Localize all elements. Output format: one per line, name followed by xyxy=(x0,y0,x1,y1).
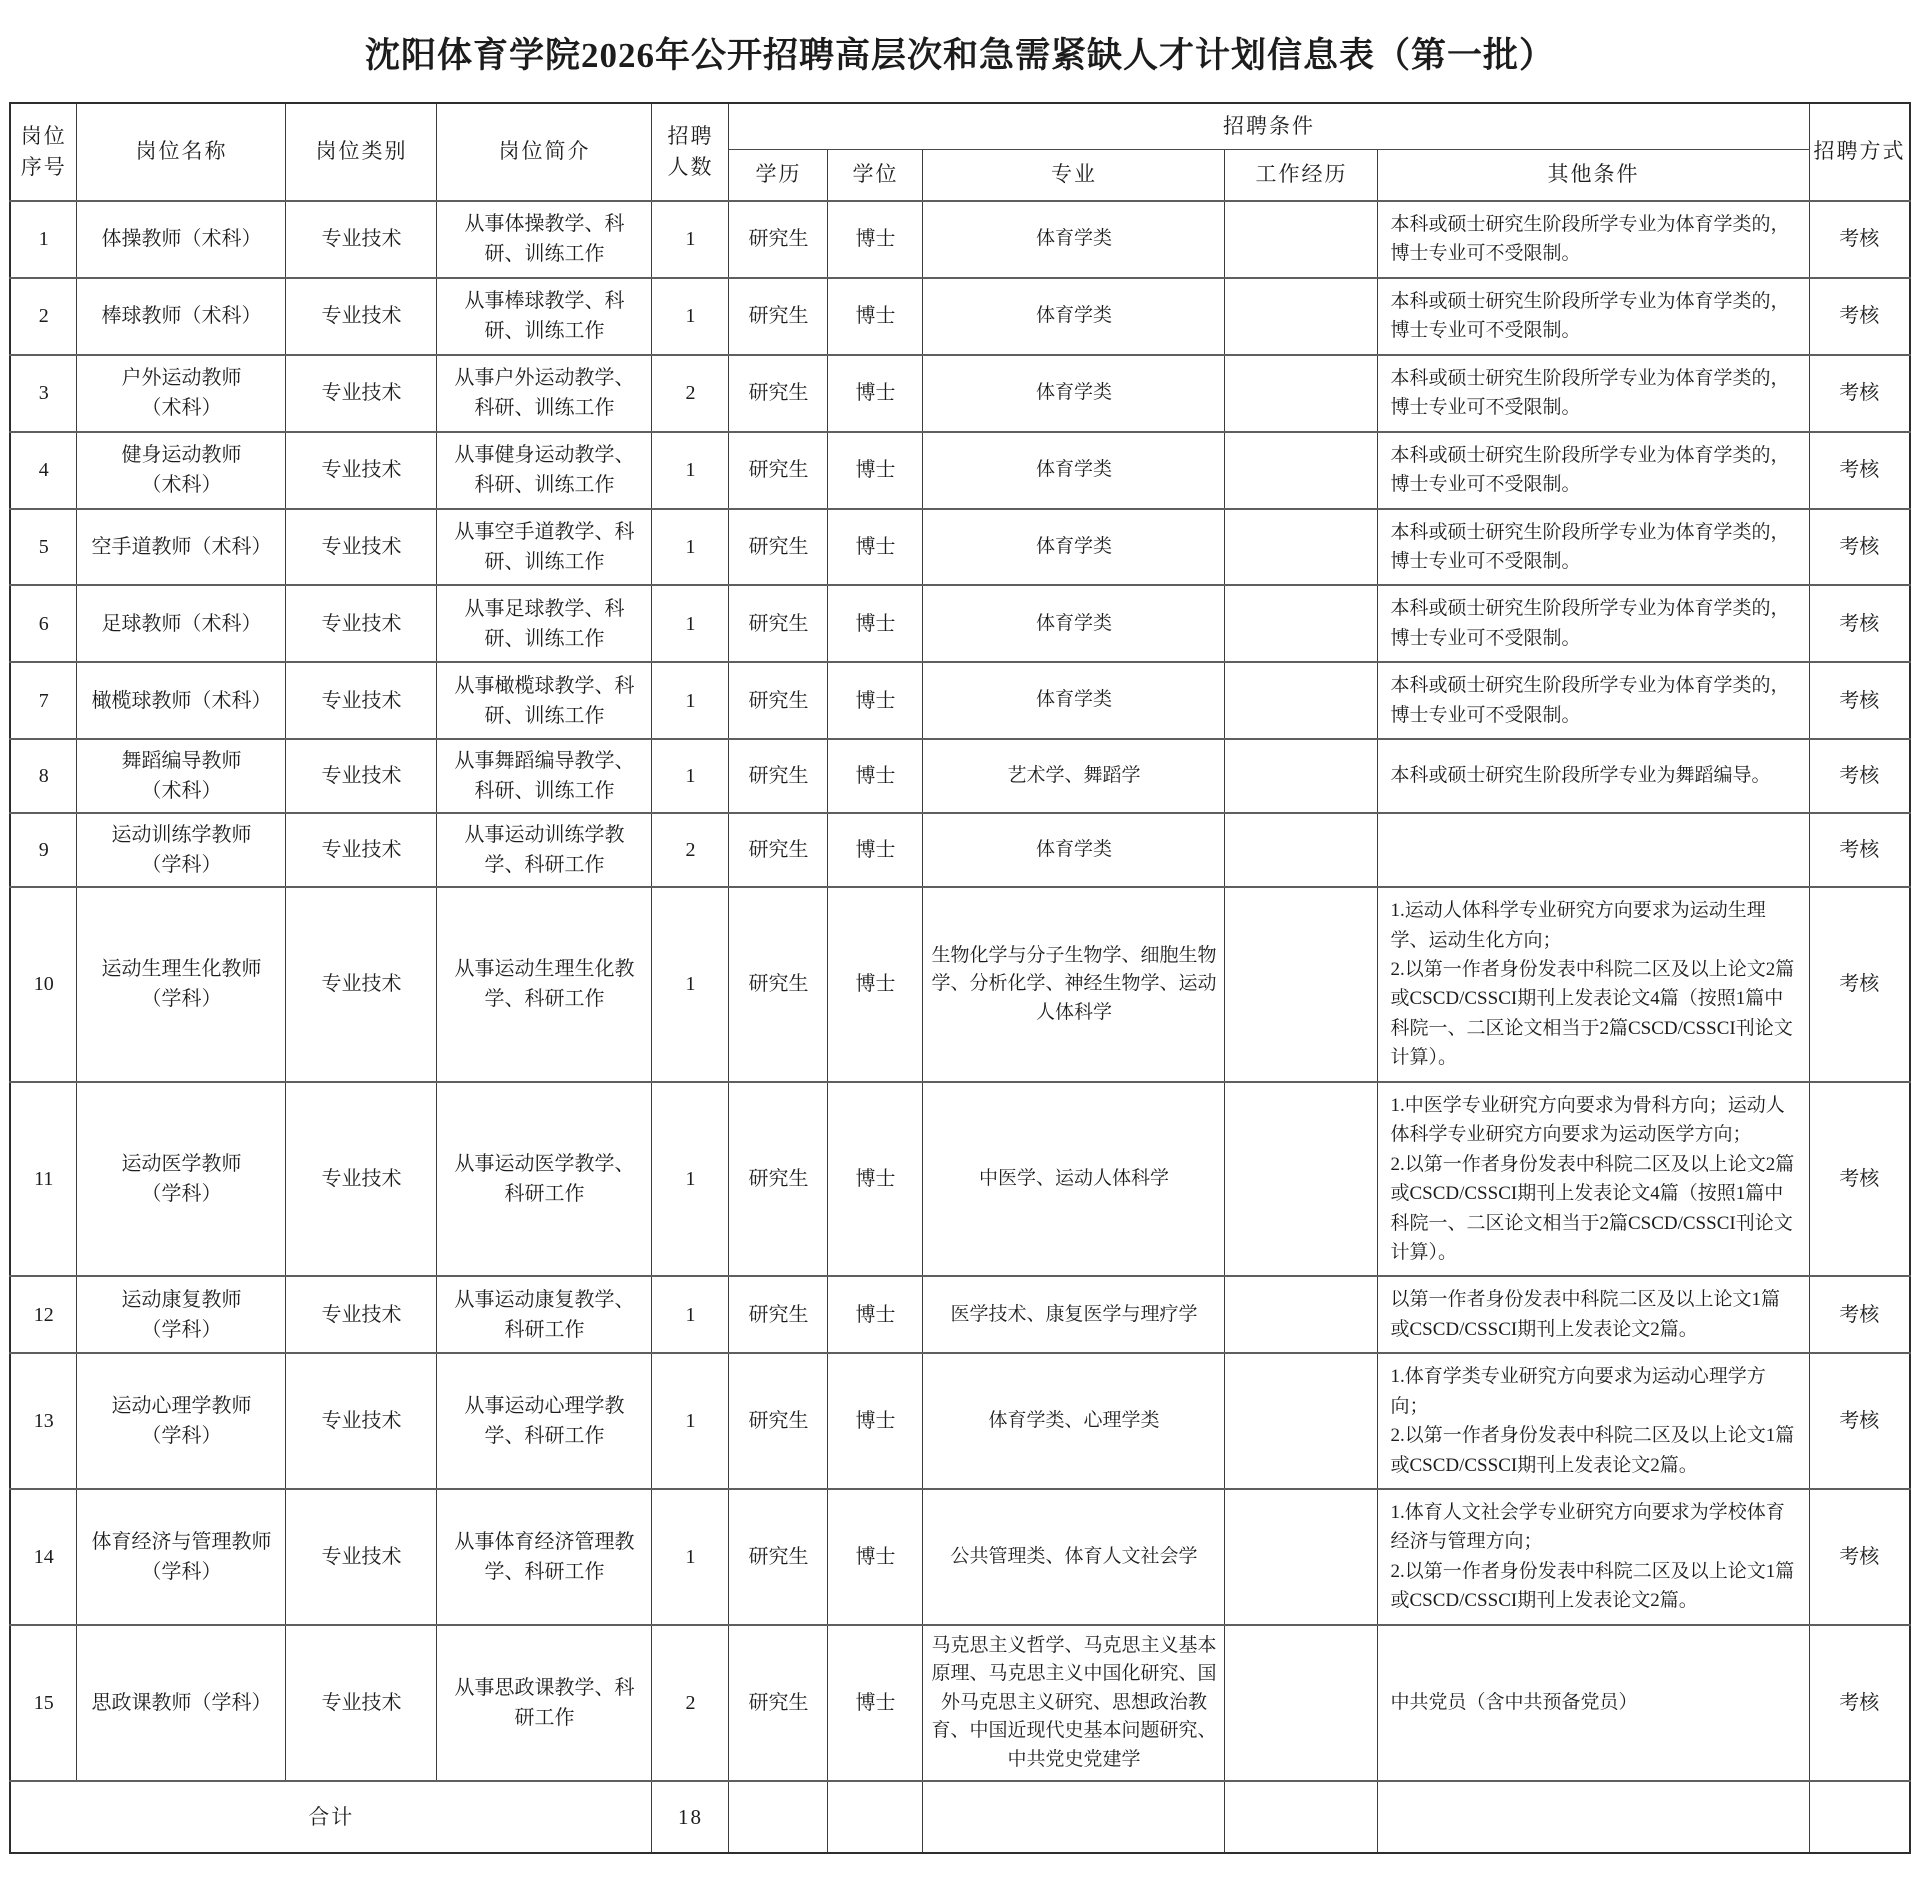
cell-position-name: 橄榄球教师（术科） xyxy=(77,662,286,739)
header-position-intro: 岗位简介 xyxy=(437,103,652,201)
table-row: 10 运动生理生化教师 （学科） 专业技术 从事运动生理生化教学、科研工作 1 … xyxy=(10,887,1910,1082)
cell-recruit-method: 考核 xyxy=(1809,887,1910,1082)
header-work-experience: 工作经历 xyxy=(1225,149,1378,201)
cell-major: 体育学类 xyxy=(923,585,1225,662)
cell-other-conditions: 本科或硕士研究生阶段所学专业为体育学类的，博士专业可不受限制。 xyxy=(1378,509,1809,586)
cell-recruit-count: 1 xyxy=(652,1082,729,1277)
cell-position-category: 专业技术 xyxy=(286,1353,437,1489)
cell-position-name: 运动心理学教师 （学科） xyxy=(77,1353,286,1489)
cell-position-name: 体育经济与管理教师 （学科） xyxy=(77,1489,286,1625)
cell-position-category: 专业技术 xyxy=(286,432,437,509)
table-row: 14 体育经济与管理教师 （学科） 专业技术 从事体育经济管理教学、科研工作 1… xyxy=(10,1489,1910,1625)
cell-other-conditions: 以第一作者身份发表中科院二区及以上论文1篇或CSCD/CSSCI期刊上发表论文2… xyxy=(1378,1276,1809,1353)
cell-position-name: 棒球教师（术科） xyxy=(77,278,286,355)
cell-recruit-count: 2 xyxy=(652,1625,729,1782)
cell-position-name: 运动医学教师 （学科） xyxy=(77,1082,286,1277)
cell-position-no: 9 xyxy=(10,813,77,887)
cell-education: 研究生 xyxy=(729,1353,828,1489)
cell-position-no: 1 xyxy=(10,201,77,278)
cell-work-experience xyxy=(1225,585,1378,662)
table-row: 5 空手道教师（术科） 专业技术 从事空手道教学、科研、训练工作 1 研究生 博… xyxy=(10,509,1910,586)
total-count: 18 xyxy=(652,1781,729,1853)
cell-position-intro: 从事体育经济管理教学、科研工作 xyxy=(437,1489,652,1625)
header-major: 专业 xyxy=(923,149,1225,201)
cell-position-name: 空手道教师（术科） xyxy=(77,509,286,586)
header-position-name: 岗位名称 xyxy=(77,103,286,201)
table-row: 1 体操教师（术科） 专业技术 从事体操教学、科研、训练工作 1 研究生 博士 … xyxy=(10,201,1910,278)
cell-position-category: 专业技术 xyxy=(286,887,437,1082)
cell-other-conditions: 本科或硕士研究生阶段所学专业为体育学类的，博士专业可不受限制。 xyxy=(1378,585,1809,662)
cell-recruit-method: 考核 xyxy=(1809,432,1910,509)
cell-position-name: 健身运动教师 （术科） xyxy=(77,432,286,509)
cell-position-category: 专业技术 xyxy=(286,278,437,355)
cell-position-intro: 从事运动训练学教学、科研工作 xyxy=(437,813,652,887)
cell-major: 公共管理类、体育人文社会学 xyxy=(923,1489,1225,1625)
cell-work-experience xyxy=(1225,813,1378,887)
table-row: 12 运动康复教师 （学科） 专业技术 从事运动康复教学、科研工作 1 研究生 … xyxy=(10,1276,1910,1353)
cell-degree: 博士 xyxy=(828,1082,923,1277)
cell-position-category: 专业技术 xyxy=(286,355,437,432)
cell-degree: 博士 xyxy=(828,585,923,662)
cell-position-intro: 从事健身运动教学、科研、训练工作 xyxy=(437,432,652,509)
cell-major: 体育学类、心理学类 xyxy=(923,1353,1225,1489)
cell-position-intro: 从事运动生理生化教学、科研工作 xyxy=(437,887,652,1082)
cell-education: 研究生 xyxy=(729,1489,828,1625)
cell-recruit-method: 考核 xyxy=(1809,739,1910,813)
cell-position-no: 10 xyxy=(10,887,77,1082)
cell-position-name: 运动康复教师 （学科） xyxy=(77,1276,286,1353)
cell-other-conditions: 本科或硕士研究生阶段所学专业为体育学类的，博士专业可不受限制。 xyxy=(1378,201,1809,278)
cell-education: 研究生 xyxy=(729,662,828,739)
header-education: 学历 xyxy=(729,149,828,201)
cell-education: 研究生 xyxy=(729,1082,828,1277)
cell-position-no: 8 xyxy=(10,739,77,813)
cell-position-intro: 从事户外运动教学、科研、训练工作 xyxy=(437,355,652,432)
cell-other-conditions: 本科或硕士研究生阶段所学专业为体育学类的，博士专业可不受限制。 xyxy=(1378,355,1809,432)
cell-recruit-method: 考核 xyxy=(1809,1489,1910,1625)
cell-position-no: 3 xyxy=(10,355,77,432)
cell-recruit-method: 考核 xyxy=(1809,585,1910,662)
cell-position-category: 专业技术 xyxy=(286,1276,437,1353)
cell-work-experience xyxy=(1225,1625,1378,1782)
cell-recruit-count: 2 xyxy=(652,813,729,887)
cell-work-experience xyxy=(1225,662,1378,739)
cell-education: 研究生 xyxy=(729,509,828,586)
header-recruit-count: 招聘人数 xyxy=(652,103,729,201)
cell-work-experience xyxy=(1225,509,1378,586)
header-position-category: 岗位类别 xyxy=(286,103,437,201)
cell-recruit-count: 1 xyxy=(652,1276,729,1353)
cell-position-intro: 从事足球教学、科研、训练工作 xyxy=(437,585,652,662)
cell-other-conditions: 本科或硕士研究生阶段所学专业为体育学类的，博士专业可不受限制。 xyxy=(1378,432,1809,509)
cell-position-intro: 从事体操教学、科研、训练工作 xyxy=(437,201,652,278)
cell-recruit-count: 1 xyxy=(652,1489,729,1625)
cell-position-no: 14 xyxy=(10,1489,77,1625)
cell-position-no: 15 xyxy=(10,1625,77,1782)
cell-position-no: 6 xyxy=(10,585,77,662)
cell-position-category: 专业技术 xyxy=(286,1489,437,1625)
cell-education: 研究生 xyxy=(729,813,828,887)
cell-education: 研究生 xyxy=(729,887,828,1082)
cell-major: 生物化学与分子生物学、细胞生物学、分析化学、神经生物学、运动人体科学 xyxy=(923,887,1225,1082)
cell-other-conditions: 1.体育学类专业研究方向要求为运动心理学方向； 2.以第一作者身份发表中科院二区… xyxy=(1378,1353,1809,1489)
cell-work-experience xyxy=(1225,1353,1378,1489)
cell-other-conditions: 本科或硕士研究生阶段所学专业为体育学类的，博士专业可不受限制。 xyxy=(1378,662,1809,739)
table-row: 15 思政课教师（学科） 专业技术 从事思政课教学、科研工作 2 研究生 博士 … xyxy=(10,1625,1910,1782)
cell-major: 体育学类 xyxy=(923,813,1225,887)
table-row: 4 健身运动教师 （术科） 专业技术 从事健身运动教学、科研、训练工作 1 研究… xyxy=(10,432,1910,509)
table-row: 2 棒球教师（术科） 专业技术 从事棒球教学、科研、训练工作 1 研究生 博士 … xyxy=(10,278,1910,355)
cell-position-no: 13 xyxy=(10,1353,77,1489)
table-row: 9 运动训练学教师 （学科） 专业技术 从事运动训练学教学、科研工作 2 研究生… xyxy=(10,813,1910,887)
cell-position-no: 4 xyxy=(10,432,77,509)
cell-work-experience xyxy=(1225,1276,1378,1353)
cell-degree: 博士 xyxy=(828,662,923,739)
cell-degree: 博士 xyxy=(828,201,923,278)
total-empty-method xyxy=(1809,1781,1910,1853)
cell-position-intro: 从事运动医学教学、科研工作 xyxy=(437,1082,652,1277)
cell-position-category: 专业技术 xyxy=(286,509,437,586)
cell-major: 体育学类 xyxy=(923,355,1225,432)
total-empty-edu xyxy=(729,1781,828,1853)
cell-position-category: 专业技术 xyxy=(286,739,437,813)
cell-other-conditions: 1.运动人体科学专业研究方向要求为运动生理学、运动生化方向； 2.以第一作者身份… xyxy=(1378,887,1809,1082)
cell-recruit-count: 1 xyxy=(652,278,729,355)
cell-recruit-count: 1 xyxy=(652,739,729,813)
cell-work-experience xyxy=(1225,432,1378,509)
cell-work-experience xyxy=(1225,278,1378,355)
cell-position-intro: 从事舞蹈编导教学、科研、训练工作 xyxy=(437,739,652,813)
cell-position-intro: 从事棒球教学、科研、训练工作 xyxy=(437,278,652,355)
cell-other-conditions: 本科或硕士研究生阶段所学专业为体育学类的，博士专业可不受限制。 xyxy=(1378,278,1809,355)
cell-position-category: 专业技术 xyxy=(286,201,437,278)
recruitment-table: 岗位序号 岗位名称 岗位类别 岗位简介 招聘人数 招聘条件 招聘方式 学历 学位… xyxy=(9,102,1911,1854)
cell-other-conditions: 本科或硕士研究生阶段所学专业为舞蹈编导。 xyxy=(1378,739,1809,813)
cell-recruit-count: 1 xyxy=(652,1353,729,1489)
cell-recruit-method: 考核 xyxy=(1809,509,1910,586)
cell-major: 艺术学、舞蹈学 xyxy=(923,739,1225,813)
total-row: 合计 18 xyxy=(10,1781,1910,1853)
cell-education: 研究生 xyxy=(729,739,828,813)
cell-recruit-method: 考核 xyxy=(1809,278,1910,355)
cell-position-name: 思政课教师（学科） xyxy=(77,1625,286,1782)
cell-recruit-count: 1 xyxy=(652,201,729,278)
cell-other-conditions: 中共党员（含中共预备党员） xyxy=(1378,1625,1809,1782)
cell-position-name: 户外运动教师 （术科） xyxy=(77,355,286,432)
cell-recruit-count: 2 xyxy=(652,355,729,432)
cell-work-experience xyxy=(1225,1082,1378,1277)
cell-position-category: 专业技术 xyxy=(286,662,437,739)
cell-recruit-method: 考核 xyxy=(1809,813,1910,887)
cell-recruit-method: 考核 xyxy=(1809,1625,1910,1782)
cell-major: 体育学类 xyxy=(923,662,1225,739)
cell-degree: 博士 xyxy=(828,1625,923,1782)
cell-position-category: 专业技术 xyxy=(286,1625,437,1782)
header-other-conditions: 其他条件 xyxy=(1378,149,1809,201)
cell-degree: 博士 xyxy=(828,278,923,355)
cell-recruit-method: 考核 xyxy=(1809,1082,1910,1277)
cell-position-intro: 从事橄榄球教学、科研、训练工作 xyxy=(437,662,652,739)
header-recruit-method: 招聘方式 xyxy=(1809,103,1910,201)
cell-degree: 博士 xyxy=(828,739,923,813)
cell-recruit-method: 考核 xyxy=(1809,1353,1910,1489)
table-row: 7 橄榄球教师（术科） 专业技术 从事橄榄球教学、科研、训练工作 1 研究生 博… xyxy=(10,662,1910,739)
cell-degree: 博士 xyxy=(828,509,923,586)
cell-position-no: 12 xyxy=(10,1276,77,1353)
cell-position-name: 舞蹈编导教师 （术科） xyxy=(77,739,286,813)
table-row: 8 舞蹈编导教师 （术科） 专业技术 从事舞蹈编导教学、科研、训练工作 1 研究… xyxy=(10,739,1910,813)
cell-position-name: 体操教师（术科） xyxy=(77,201,286,278)
cell-education: 研究生 xyxy=(729,432,828,509)
total-label: 合计 xyxy=(10,1781,652,1853)
cell-position-intro: 从事运动心理学教学、科研工作 xyxy=(437,1353,652,1489)
cell-work-experience xyxy=(1225,201,1378,278)
cell-position-no: 11 xyxy=(10,1082,77,1277)
cell-recruit-method: 考核 xyxy=(1809,1276,1910,1353)
cell-degree: 博士 xyxy=(828,1353,923,1489)
header-position-no: 岗位序号 xyxy=(10,103,77,201)
cell-major: 体育学类 xyxy=(923,509,1225,586)
cell-position-category: 专业技术 xyxy=(286,1082,437,1277)
cell-work-experience xyxy=(1225,739,1378,813)
cell-position-category: 专业技术 xyxy=(286,813,437,887)
total-empty-major xyxy=(923,1781,1225,1853)
table-row: 6 足球教师（术科） 专业技术 从事足球教学、科研、训练工作 1 研究生 博士 … xyxy=(10,585,1910,662)
cell-recruit-method: 考核 xyxy=(1809,201,1910,278)
cell-position-no: 2 xyxy=(10,278,77,355)
cell-degree: 博士 xyxy=(828,432,923,509)
cell-position-intro: 从事思政课教学、科研工作 xyxy=(437,1625,652,1782)
cell-degree: 博士 xyxy=(828,1489,923,1625)
cell-recruit-count: 1 xyxy=(652,662,729,739)
cell-education: 研究生 xyxy=(729,201,828,278)
header-recruit-conditions: 招聘条件 xyxy=(729,103,1809,149)
cell-recruit-method: 考核 xyxy=(1809,662,1910,739)
cell-position-name: 足球教师（术科） xyxy=(77,585,286,662)
cell-education: 研究生 xyxy=(729,278,828,355)
cell-work-experience xyxy=(1225,355,1378,432)
cell-recruit-count: 1 xyxy=(652,509,729,586)
header-degree: 学位 xyxy=(828,149,923,201)
cell-position-category: 专业技术 xyxy=(286,585,437,662)
cell-major: 马克思主义哲学、马克思主义基本原理、马克思主义中国化研究、国外马克思主义研究、思… xyxy=(923,1625,1225,1782)
cell-position-no: 7 xyxy=(10,662,77,739)
cell-education: 研究生 xyxy=(729,585,828,662)
cell-degree: 博士 xyxy=(828,355,923,432)
table-row: 11 运动医学教师 （学科） 专业技术 从事运动医学教学、科研工作 1 研究生 … xyxy=(10,1082,1910,1277)
cell-other-conditions xyxy=(1378,813,1809,887)
cell-degree: 博士 xyxy=(828,1276,923,1353)
cell-position-no: 5 xyxy=(10,509,77,586)
cell-major: 中医学、运动人体科学 xyxy=(923,1082,1225,1277)
cell-education: 研究生 xyxy=(729,1276,828,1353)
cell-position-intro: 从事空手道教学、科研、训练工作 xyxy=(437,509,652,586)
cell-position-name: 运动生理生化教师 （学科） xyxy=(77,887,286,1082)
cell-education: 研究生 xyxy=(729,1625,828,1782)
table-row: 13 运动心理学教师 （学科） 专业技术 从事运动心理学教学、科研工作 1 研究… xyxy=(10,1353,1910,1489)
cell-major: 体育学类 xyxy=(923,432,1225,509)
cell-degree: 博士 xyxy=(828,813,923,887)
cell-major: 医学技术、康复医学与理疗学 xyxy=(923,1276,1225,1353)
table-row: 3 户外运动教师 （术科） 专业技术 从事户外运动教学、科研、训练工作 2 研究… xyxy=(10,355,1910,432)
cell-recruit-count: 1 xyxy=(652,585,729,662)
total-empty-other xyxy=(1378,1781,1809,1853)
cell-work-experience xyxy=(1225,887,1378,1082)
total-empty-degree xyxy=(828,1781,923,1853)
cell-recruit-count: 1 xyxy=(652,887,729,1082)
cell-recruit-method: 考核 xyxy=(1809,355,1910,432)
cell-education: 研究生 xyxy=(729,355,828,432)
cell-other-conditions: 1.体育人文社会学专业研究方向要求为学校体育经济与管理方向； 2.以第一作者身份… xyxy=(1378,1489,1809,1625)
page-title: 沈阳体育学院2026年公开招聘高层次和急需紧缺人才计划信息表（第一批） xyxy=(0,0,1920,102)
total-empty-work xyxy=(1225,1781,1378,1853)
cell-other-conditions: 1.中医学专业研究方向要求为骨科方向；运动人体科学专业研究方向要求为运动医学方向… xyxy=(1378,1082,1809,1277)
cell-position-name: 运动训练学教师 （学科） xyxy=(77,813,286,887)
cell-work-experience xyxy=(1225,1489,1378,1625)
document-page: 沈阳体育学院2026年公开招聘高层次和急需紧缺人才计划信息表（第一批） 岗位序号… xyxy=(0,0,1920,1854)
cell-position-intro: 从事运动康复教学、科研工作 xyxy=(437,1276,652,1353)
cell-major: 体育学类 xyxy=(923,201,1225,278)
cell-recruit-count: 1 xyxy=(652,432,729,509)
cell-major: 体育学类 xyxy=(923,278,1225,355)
cell-degree: 博士 xyxy=(828,887,923,1082)
